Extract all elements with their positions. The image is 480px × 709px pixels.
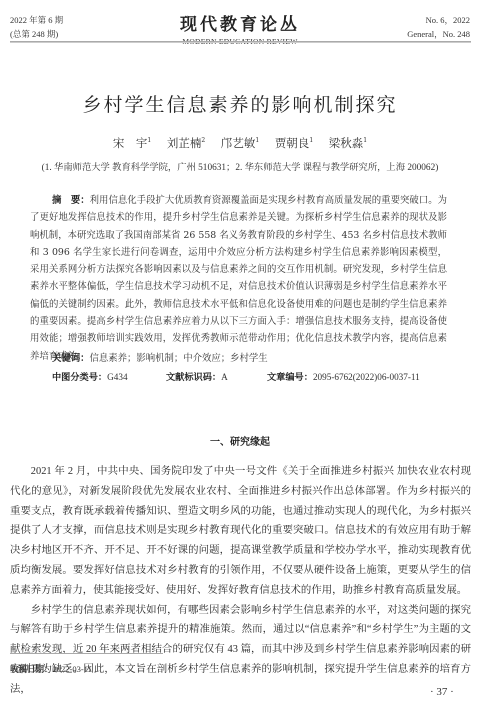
document-code: 文献标识码：A (166, 369, 267, 383)
header-rule (10, 41, 471, 43)
page-number: · 37 · (430, 686, 454, 698)
paragraph: 2021 年 2 月，中共中央、国务院印发了中央一号文件《关于全面推进乡村振兴 … (10, 462, 471, 601)
classification-meta: 中图分类号：G434文献标识码：A文章编号：2095-6762(2022)06-… (52, 369, 462, 383)
article-number: 文章编号：2095-6762(2022)06-0037-11 (267, 369, 420, 383)
issue-total-en: General，No. 248 (407, 28, 470, 40)
clc-number: 中图分类号：G434 (52, 369, 166, 383)
author: 梁秋淼1 (329, 136, 367, 150)
footnote-rule (10, 653, 163, 654)
keywords: 关键词：信息素养；影响机制；中介效应；乡村学生 (52, 350, 268, 364)
received-date: 收稿日期：2022-03-11 (10, 663, 92, 675)
abstract-text: 利用信息化手段扩大优质教育资源覆盖面是实现乡村教育高质量发展的重要突破口。为了更… (30, 195, 447, 362)
author: 贾朝良1 (275, 136, 313, 150)
author: 宋 宇1 (113, 136, 151, 150)
journal-title-cn: 现代教育论丛 (140, 10, 340, 35)
author-list: 宋 宇1 刘芷楠2 邝艺敏1 贾朝良1 梁秋淼1 (0, 135, 480, 151)
issue-number-en: No. 6，2022 (407, 14, 470, 26)
keywords-text: 信息素养；影响机制；中介效应；乡村学生 (90, 353, 268, 364)
article-title: 乡村学生信息素养的影响机制探究 (0, 90, 480, 117)
issue-number: 2022 年第 6 期 (10, 14, 63, 26)
affiliations: (1. 华南师范大学 教育科学学院，广州 510631；2. 华东师范大学 课程… (0, 159, 480, 173)
issue-label: 2022 年第 6 期 (总第 248 期) (10, 14, 63, 40)
author: 邝艺敏1 (221, 136, 259, 150)
abstract-label: 摘 要： (52, 195, 90, 206)
abstract: 摘 要：利用信息化手段扩大优质教育资源覆盖面是实现乡村教育高质量发展的重要突破口… (30, 192, 447, 365)
issue-label-en: No. 6，2022 General，No. 248 (407, 14, 470, 40)
keywords-label: 关键词： (52, 353, 90, 364)
author: 刘芷楠2 (167, 136, 205, 150)
section-heading: 一、研究缘起 (0, 433, 480, 448)
paragraph: 乡村学生的信息素养现状如何，有哪些因素会影响乡村学生信息素养的水平，对这类问题的… (10, 601, 471, 700)
issue-total: (总第 248 期) (10, 28, 63, 40)
